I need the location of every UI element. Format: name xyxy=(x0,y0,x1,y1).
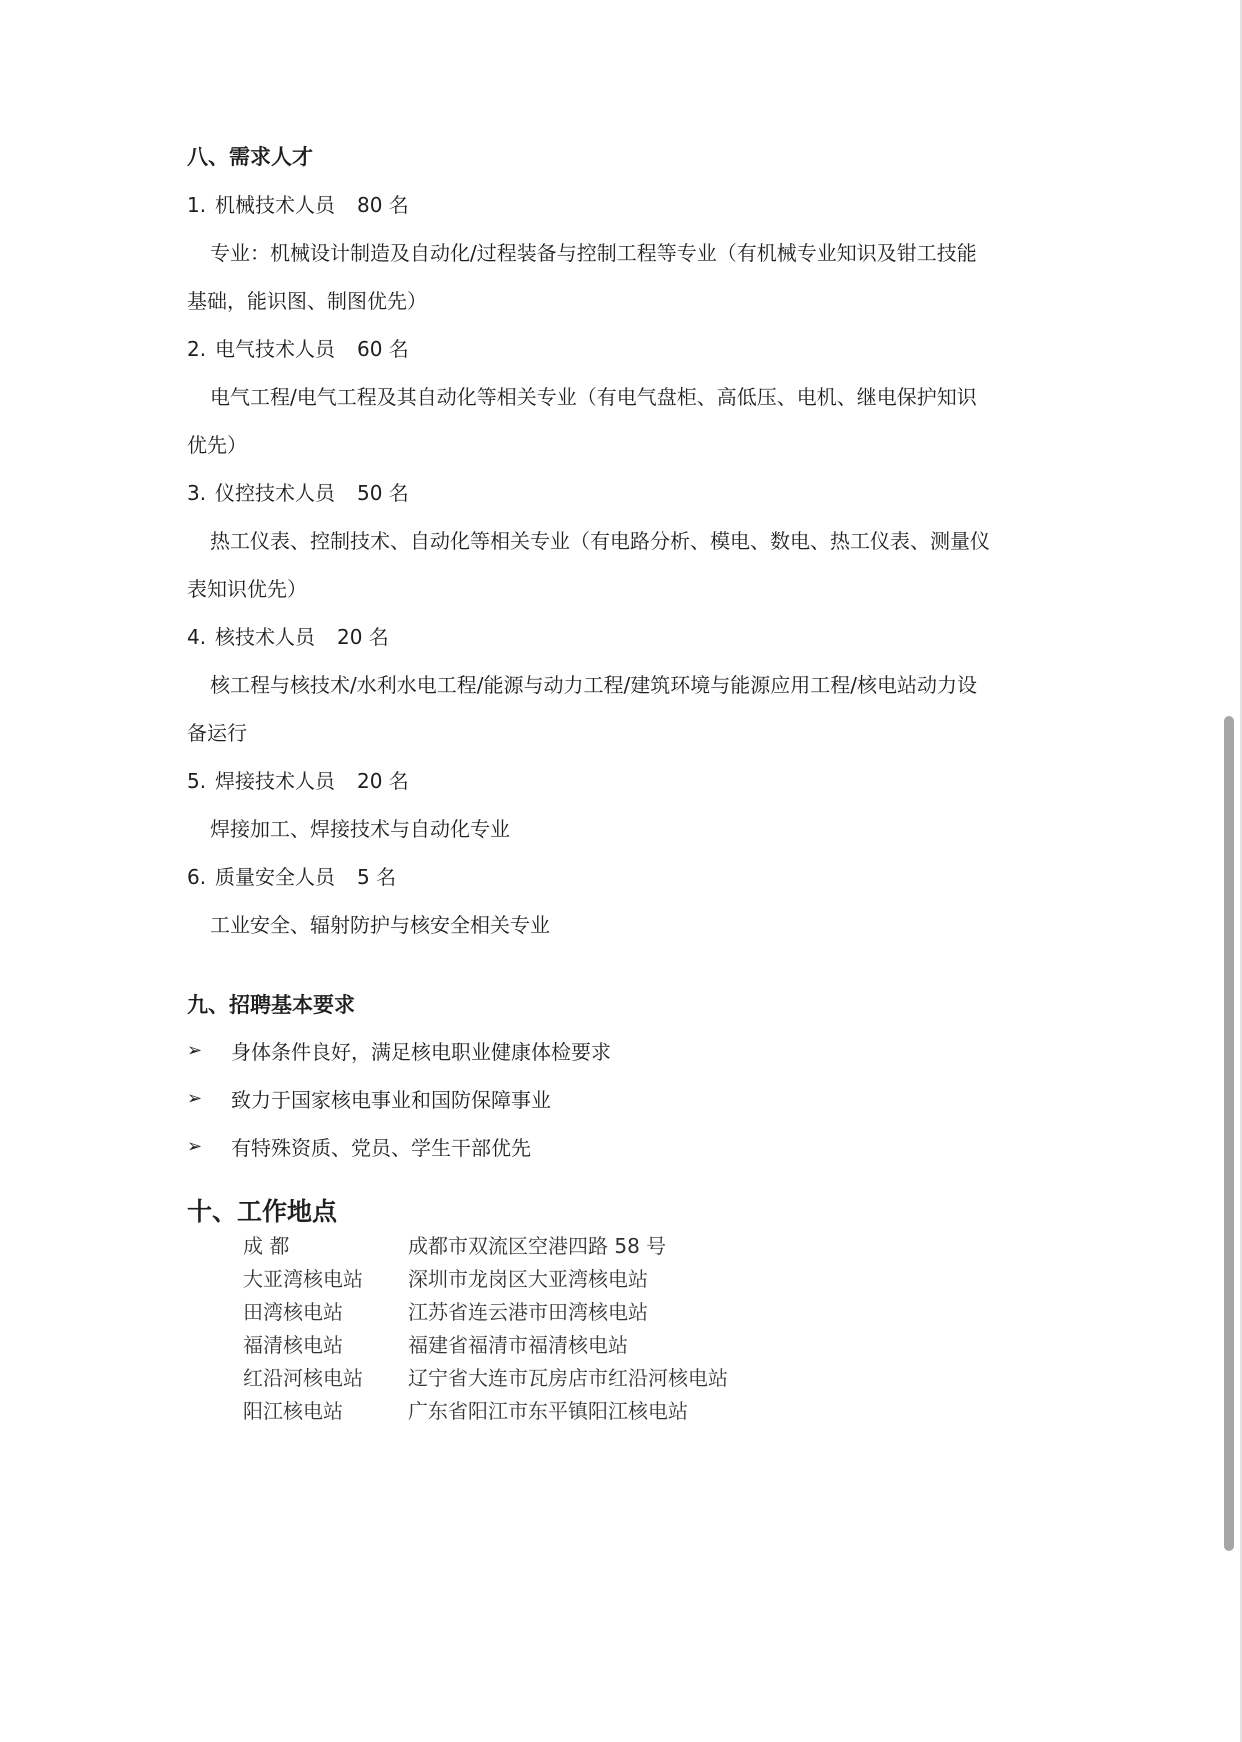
section-heading-locations: 十、工作地点 xyxy=(187,1198,337,1226)
location-address: 成都市双流区空港四路 58 号 xyxy=(408,1232,666,1260)
job-item-1: 1.机械技术人员80 名 xyxy=(187,191,409,219)
job-desc-cont: 优先） xyxy=(187,431,247,459)
location-address: 广东省阳江市东平镇阳江核电站 xyxy=(408,1397,688,1425)
job-count: 20 名 xyxy=(337,625,389,649)
job-desc: 焊接加工、焊接技术与自动化专业 xyxy=(210,815,510,843)
job-item-3: 3.仪控技术人员50 名 xyxy=(187,479,409,507)
location-name: 福清核电站 xyxy=(243,1331,343,1359)
job-desc: 工业安全、辐射防护与核安全相关专业 xyxy=(210,911,550,939)
job-desc: 热工仪表、控制技术、自动化等相关专业（有电路分析、模电、数电、热工仪表、测量仪 xyxy=(210,527,990,555)
item-number: 5. xyxy=(187,767,215,795)
job-role: 仪控技术人员 xyxy=(215,481,335,505)
location-address: 深圳市龙岗区大亚湾核电站 xyxy=(408,1265,648,1293)
job-item-2: 2.电气技术人员60 名 xyxy=(187,335,409,363)
job-role: 机械技术人员 xyxy=(215,193,335,217)
item-number: 1. xyxy=(187,191,215,219)
location-name: 成 都 xyxy=(243,1232,289,1260)
job-desc-cont: 表知识优先） xyxy=(187,575,307,603)
requirement-item: 有特殊资质、党员、学生干部优先 xyxy=(231,1134,531,1162)
job-desc-cont: 备运行 xyxy=(187,719,247,747)
location-address: 福建省福清市福清核电站 xyxy=(408,1331,628,1359)
arrow-bullet-icon: ➢ xyxy=(187,1088,202,1109)
location-address: 江苏省连云港市田湾核电站 xyxy=(408,1298,648,1326)
location-name: 大亚湾核电站 xyxy=(243,1265,363,1293)
job-item-4: 4.核技术人员20 名 xyxy=(187,623,389,651)
arrow-bullet-icon: ➢ xyxy=(187,1136,202,1157)
item-number: 6. xyxy=(187,863,215,891)
item-number: 3. xyxy=(187,479,215,507)
item-number: 2. xyxy=(187,335,215,363)
vertical-scrollbar-thumb[interactable] xyxy=(1224,716,1234,1551)
job-desc-cont: 基础，能识图、制图优先） xyxy=(187,287,427,315)
job-item-6: 6.质量安全人员5 名 xyxy=(187,863,396,891)
job-desc: 电气工程/电气工程及其自动化等相关专业（有电气盘柜、高低压、电机、继电保护知识 xyxy=(210,383,977,411)
job-role: 质量安全人员 xyxy=(215,865,335,889)
location-address: 辽宁省大连市瓦房店市红沿河核电站 xyxy=(408,1364,728,1392)
job-role: 电气技术人员 xyxy=(215,337,335,361)
job-count: 50 名 xyxy=(357,481,409,505)
job-count: 5 名 xyxy=(357,865,396,889)
job-item-5: 5.焊接技术人员20 名 xyxy=(187,767,409,795)
job-role: 焊接技术人员 xyxy=(215,769,335,793)
location-name: 田湾核电站 xyxy=(243,1298,343,1326)
job-count: 60 名 xyxy=(357,337,409,361)
job-role: 核技术人员 xyxy=(215,625,315,649)
arrow-bullet-icon: ➢ xyxy=(187,1040,202,1061)
job-count: 80 名 xyxy=(357,193,409,217)
item-number: 4. xyxy=(187,623,215,651)
location-name: 红沿河核电站 xyxy=(243,1364,363,1392)
section-heading-talent: 八、需求人才 xyxy=(187,143,313,171)
job-count: 20 名 xyxy=(357,769,409,793)
location-name: 阳江核电站 xyxy=(243,1397,343,1425)
document-page: 八、需求人才 1.机械技术人员80 名 专业：机械设计制造及自动化/过程装备与控… xyxy=(0,0,1242,1742)
requirement-item: 身体条件良好，满足核电职业健康体检要求 xyxy=(231,1038,611,1066)
job-desc: 专业：机械设计制造及自动化/过程装备与控制工程等专业（有机械专业知识及钳工技能 xyxy=(210,239,977,267)
section-heading-requirements: 九、招聘基本要求 xyxy=(187,991,355,1019)
job-desc: 核工程与核技术/水利水电工程/能源与动力工程/建筑环境与能源应用工程/核电站动力… xyxy=(210,671,977,699)
requirement-item: 致力于国家核电事业和国防保障事业 xyxy=(231,1086,551,1114)
